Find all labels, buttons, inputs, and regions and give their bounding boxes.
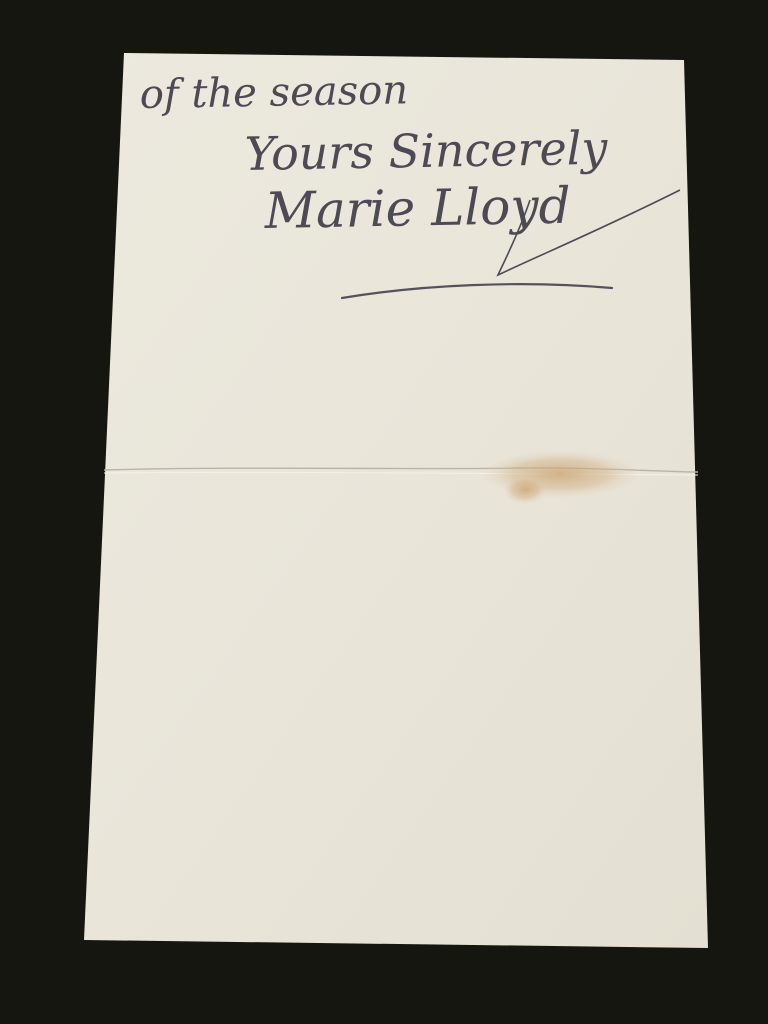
handwriting-line-2: Yours Sincerely (244, 121, 609, 181)
letter-graphic: of the season Yours Sincerely Marie Lloy… (0, 0, 768, 1024)
signature: Marie Lloyd (263, 177, 571, 240)
handwriting-line-1: of the season (139, 67, 408, 118)
letter-page: of the season Yours Sincerely Marie Lloy… (0, 0, 768, 1024)
